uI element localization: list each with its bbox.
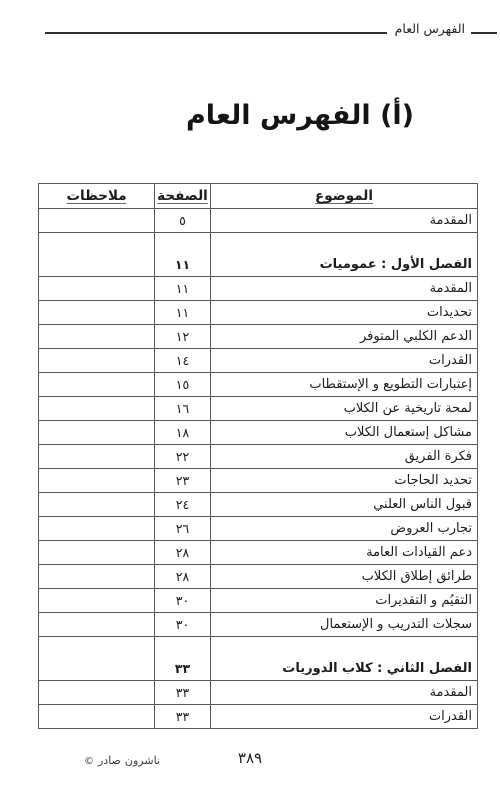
toc-row: القدرات٣٣	[39, 705, 478, 729]
toc-row: إعتبارات التطويع و الإستقطاب١٥	[39, 373, 478, 397]
toc-row: القدرات١٤	[39, 349, 478, 373]
notes-cell	[39, 681, 155, 705]
toc-table-header: الموضوع الصفحة ملاحظات	[39, 184, 478, 209]
running-head-rule-right	[471, 32, 497, 34]
toc-row: فكرة الفريق٢٢	[39, 445, 478, 469]
toc-row: التقيُم و التقديرات٣٠	[39, 589, 478, 613]
notes-cell	[39, 301, 155, 325]
page-number-cell: ١١	[155, 301, 211, 325]
copyright-icon: ©	[84, 756, 94, 767]
subject-cell: التقيُم و التقديرات	[211, 589, 478, 613]
notes-cell	[39, 209, 155, 233]
toc-row: لمحة تاريخية عن الكلاب١٦	[39, 397, 478, 421]
notes-cell	[39, 373, 155, 397]
subject-cell: الفصل الثاني : كلاب الدوريات	[211, 637, 478, 681]
toc-row: تحديد الحاجات٢٣	[39, 469, 478, 493]
column-header-subject: الموضوع	[211, 184, 478, 209]
page-number-cell: ٣٣	[155, 637, 211, 681]
notes-cell	[39, 233, 155, 277]
subject-cell: دعم القيادات العامة	[211, 541, 478, 565]
running-head-title: الفهرس العام	[395, 21, 465, 37]
toc-row: سجلات التدريب و الإستعمال٣٠	[39, 613, 478, 637]
notes-cell	[39, 325, 155, 349]
toc-row: قبول الناس العلني٢٤	[39, 493, 478, 517]
running-head-rule-left	[45, 32, 387, 34]
publisher-word: ناشرون	[125, 754, 160, 767]
page-number-cell: ١٥	[155, 373, 211, 397]
subject-cell: تحديد الحاجات	[211, 469, 478, 493]
page-number-cell: ٢٤	[155, 493, 211, 517]
subject-cell: إعتبارات التطويع و الإستقطاب	[211, 373, 478, 397]
subject-cell: لمحة تاريخية عن الكلاب	[211, 397, 478, 421]
notes-cell	[39, 397, 155, 421]
subject-cell: تجارب العروض	[211, 517, 478, 541]
toc-header-row: الموضوع الصفحة ملاحظات	[39, 184, 478, 209]
notes-cell	[39, 421, 155, 445]
notes-cell	[39, 517, 155, 541]
notes-cell	[39, 705, 155, 729]
subject-cell: الفصل الأول : عموميات	[211, 233, 478, 277]
column-header-page: الصفحة	[155, 184, 211, 209]
toc-row: مشاكل إستعمال الكلاب١٨	[39, 421, 478, 445]
subject-cell: القدرات	[211, 349, 478, 373]
column-header-notes: ملاحظات	[39, 184, 155, 209]
scanned-book-page: الفهرس العام (أ) الفهرس العام الموضوع ال…	[0, 0, 500, 809]
publisher-credit: ©صادرناشرون	[84, 754, 160, 767]
publisher-word: صادر	[98, 754, 121, 767]
notes-cell	[39, 493, 155, 517]
page-number-cell: ٢٦	[155, 517, 211, 541]
subject-cell: فكرة الفريق	[211, 445, 478, 469]
page-number-cell: ٢٨	[155, 541, 211, 565]
toc-table: الموضوع الصفحة ملاحظات المقدمة٥الفصل الأ…	[38, 183, 478, 729]
notes-cell	[39, 565, 155, 589]
subject-cell: المقدمة	[211, 209, 478, 233]
toc-row-chapter: الفصل الثاني : كلاب الدوريات٣٣	[39, 637, 478, 681]
page-number-cell: ١١	[155, 233, 211, 277]
running-head: الفهرس العام	[45, 19, 497, 37]
page-number-cell: ١٤	[155, 349, 211, 373]
page-number-cell: ٢٢	[155, 445, 211, 469]
notes-cell	[39, 637, 155, 681]
toc-row: المقدمة٣٣	[39, 681, 478, 705]
subject-cell: الدعم الكلبي المتوفر	[211, 325, 478, 349]
notes-cell	[39, 541, 155, 565]
page-number-cell: ٣٣	[155, 705, 211, 729]
notes-cell	[39, 277, 155, 301]
toc-row: دعم القيادات العامة٢٨	[39, 541, 478, 565]
page-number-cell: ٥	[155, 209, 211, 233]
toc-row: تحديدات١١	[39, 301, 478, 325]
subject-cell: القدرات	[211, 705, 478, 729]
notes-cell	[39, 349, 155, 373]
page-number-cell: ٣٠	[155, 613, 211, 637]
page-title: (أ) الفهرس العام	[100, 100, 500, 131]
notes-cell	[39, 469, 155, 493]
subject-cell: سجلات التدريب و الإستعمال	[211, 613, 478, 637]
subject-cell: مشاكل إستعمال الكلاب	[211, 421, 478, 445]
notes-cell	[39, 613, 155, 637]
page-number-cell: ٢٣	[155, 469, 211, 493]
toc-row: المقدمة١١	[39, 277, 478, 301]
notes-cell	[39, 589, 155, 613]
folio-page-number: ٣٨٩	[0, 749, 500, 767]
subject-cell: قبول الناس العلني	[211, 493, 478, 517]
notes-cell	[39, 445, 155, 469]
subject-cell: تحديدات	[211, 301, 478, 325]
page-number-cell: ١٢	[155, 325, 211, 349]
toc-row: المقدمة٥	[39, 209, 478, 233]
page-number-cell: ٣٠	[155, 589, 211, 613]
page-number-cell: ١٦	[155, 397, 211, 421]
subject-cell: طرائق إطلاق الكلاب	[211, 565, 478, 589]
toc-table-body: المقدمة٥الفصل الأول : عموميات١١المقدمة١١…	[39, 209, 478, 729]
toc-row: طرائق إطلاق الكلاب٢٨	[39, 565, 478, 589]
subject-cell: المقدمة	[211, 277, 478, 301]
page-number-cell: ٣٣	[155, 681, 211, 705]
page-number-cell: ١٨	[155, 421, 211, 445]
toc-row: تجارب العروض٢٦	[39, 517, 478, 541]
toc-row-chapter: الفصل الأول : عموميات١١	[39, 233, 478, 277]
page-number-cell: ١١	[155, 277, 211, 301]
page-number-cell: ٢٨	[155, 565, 211, 589]
toc-row: الدعم الكلبي المتوفر١٢	[39, 325, 478, 349]
subject-cell: المقدمة	[211, 681, 478, 705]
